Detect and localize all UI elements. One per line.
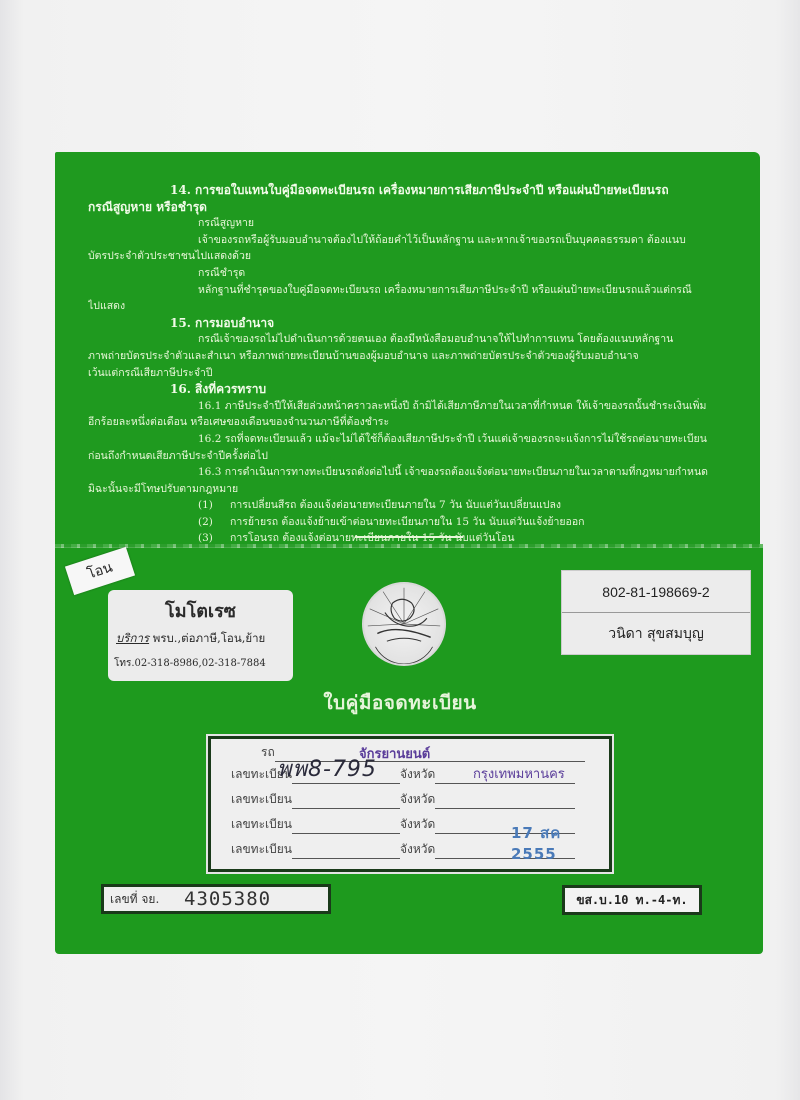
rule-item-number: (3) [198,530,212,547]
plate-label: เลขทะเบียน [231,840,292,859]
rule-line: อีกร้อยละหนึ่งต่อเดือน หรือเศษของเดือนขอ… [88,414,728,431]
province-label: จังหวัด [400,840,435,859]
date-stamp: 17 สค 2555 [511,821,609,863]
province-label: จังหวัด [400,815,435,834]
rule-line: บัตรประจำตัวประชาชนไปแสดงด้วย [88,248,728,265]
dealer-name: โมโตเรซ [108,596,293,625]
rule-line: เจ้าของรถหรือผู้รับมอบอำนาจต้องไปให้ถ้อย… [88,232,728,249]
rule-line: กรณีเจ้าของรถไม่ไปดำเนินการด้วยตนเอง ต้อ… [88,331,728,348]
province-stamp: กรุงเทพมหานคร [473,763,565,784]
rule-line: กรณีสูญหาย [88,215,728,232]
rule-line: ก่อนถึงกำหนดเสียภาษีประจำปีครั้งต่อไป [88,448,728,465]
province-line [435,795,575,809]
province-label: จังหวัด [400,765,435,784]
rule-item-text: การโอนรถ ต้องแจ้งต่อนายทะเบียนภายใน 15 ว… [230,530,515,547]
owner-label: 802-81-198669-2 วนิดา สุขสมบุญ [561,570,751,655]
document-number-value: 4305380 [184,888,271,910]
document-number-box: เลขที่ จย. 4305380 [101,884,331,914]
rule-line: 16.1 ภาษีประจำปีให้เสียล่วงหน้าคราวละหนึ… [88,398,728,415]
rule-line: ภาพถ่ายบัตรประจำตัวและสำเนา หรือภาพถ่ายท… [88,348,728,365]
rule-line: กรณีสูญหาย หรือชำรุด [88,199,728,216]
regulations-text: 14. การขอใบแทนใบคู่มือจดทะเบียนรถ เครื่อ… [88,182,728,547]
rule-line: กรณีชำรุด [88,265,728,282]
plate-label: เลขทะเบียน [231,815,292,834]
rule-item: (3)การโอนรถ ต้องแจ้งต่อนายทะเบียนภายใน 1… [88,530,728,547]
rule-item-number: (2) [198,514,212,531]
rule-item-text: การย้ายรถ ต้องแจ้งย้ายเข้าต่อนายทะเบียนภ… [230,514,585,531]
owner-id: 802-81-198669-2 [562,571,750,613]
dealer-phone: โทร.02-318-8986,02-318-7884 [114,656,266,671]
plate-label: เลขทะเบียน [231,790,292,809]
rule-line: 16.3 การดำเนินการทางทะเบียนรถดังต่อไปนี้… [88,464,728,481]
handwritten-plate: พพ8-795 [277,751,377,786]
government-seal-icon [362,582,446,666]
registration-box: รถ จักรยานยนต์ เลขทะเบียนจังหวัดเลขทะเบี… [208,736,612,872]
service-text: พรบ.,ต่อภาษี,โอน,ย้าย [149,631,265,645]
rule-line: ไปแสดง [88,298,728,315]
plate-line [292,795,400,809]
rule-line: หลักฐานที่ชำรุดของใบคู่มือจดทะเบียนรถ เค… [88,282,728,299]
rule-line: 16. สิ่งที่ควรทราบ [88,381,728,398]
rule-line: มิฉะนั้นจะมีโทษปรับตามกฎหมาย [88,481,728,498]
owner-name: วนิดา สุขสมบุญ [562,613,750,655]
document-number-label: เลขที่ จย. [104,890,184,909]
document-title: ใบคู่มือจดทะเบียน [0,688,800,718]
rule-line: 15. การมอบอำนาจ [88,315,728,332]
rule-line: เว้นแต่กรณีเสียภาษีประจำปี [88,365,728,382]
form-code: ขส.บ.10 ท.-4-ท. [562,885,702,915]
rule-item: (1)การเปลี่ยนสีรถ ต้องแจ้งต่อนายทะเบียนภ… [88,497,728,514]
rule-line: 14. การขอใบแทนใบคู่มือจดทะเบียนรถ เครื่อ… [88,182,728,199]
rule-item: (2)การย้ายรถ ต้องแจ้งย้ายเข้าต่อนายทะเบี… [88,514,728,531]
dealer-services: บริการ พรบ.,ต่อภาษี,โอน,ย้าย [116,630,265,648]
plate-line [292,845,400,859]
plate-row: เลขทะเบียนจังหวัด [231,790,575,809]
province-label: จังหวัด [400,790,435,809]
rule-item-text: การเปลี่ยนสีรถ ต้องแจ้งต่อนายทะเบียนภายใ… [230,497,561,514]
rule-line: 16.2 รถที่จดทะเบียนแล้ว แม้จะไม่ได้ใช้ก็… [88,431,728,448]
vehicle-label: รถ [261,743,275,762]
service-label: บริการ [116,631,149,645]
dealer-sticker: โมโตเรซ บริการ พรบ.,ต่อภาษี,โอน,ย้าย โทร… [108,590,293,681]
plate-line [292,820,400,834]
transfer-tag-text: โอน [84,557,115,586]
divider-line [355,536,463,538]
rule-item-number: (1) [198,497,212,514]
